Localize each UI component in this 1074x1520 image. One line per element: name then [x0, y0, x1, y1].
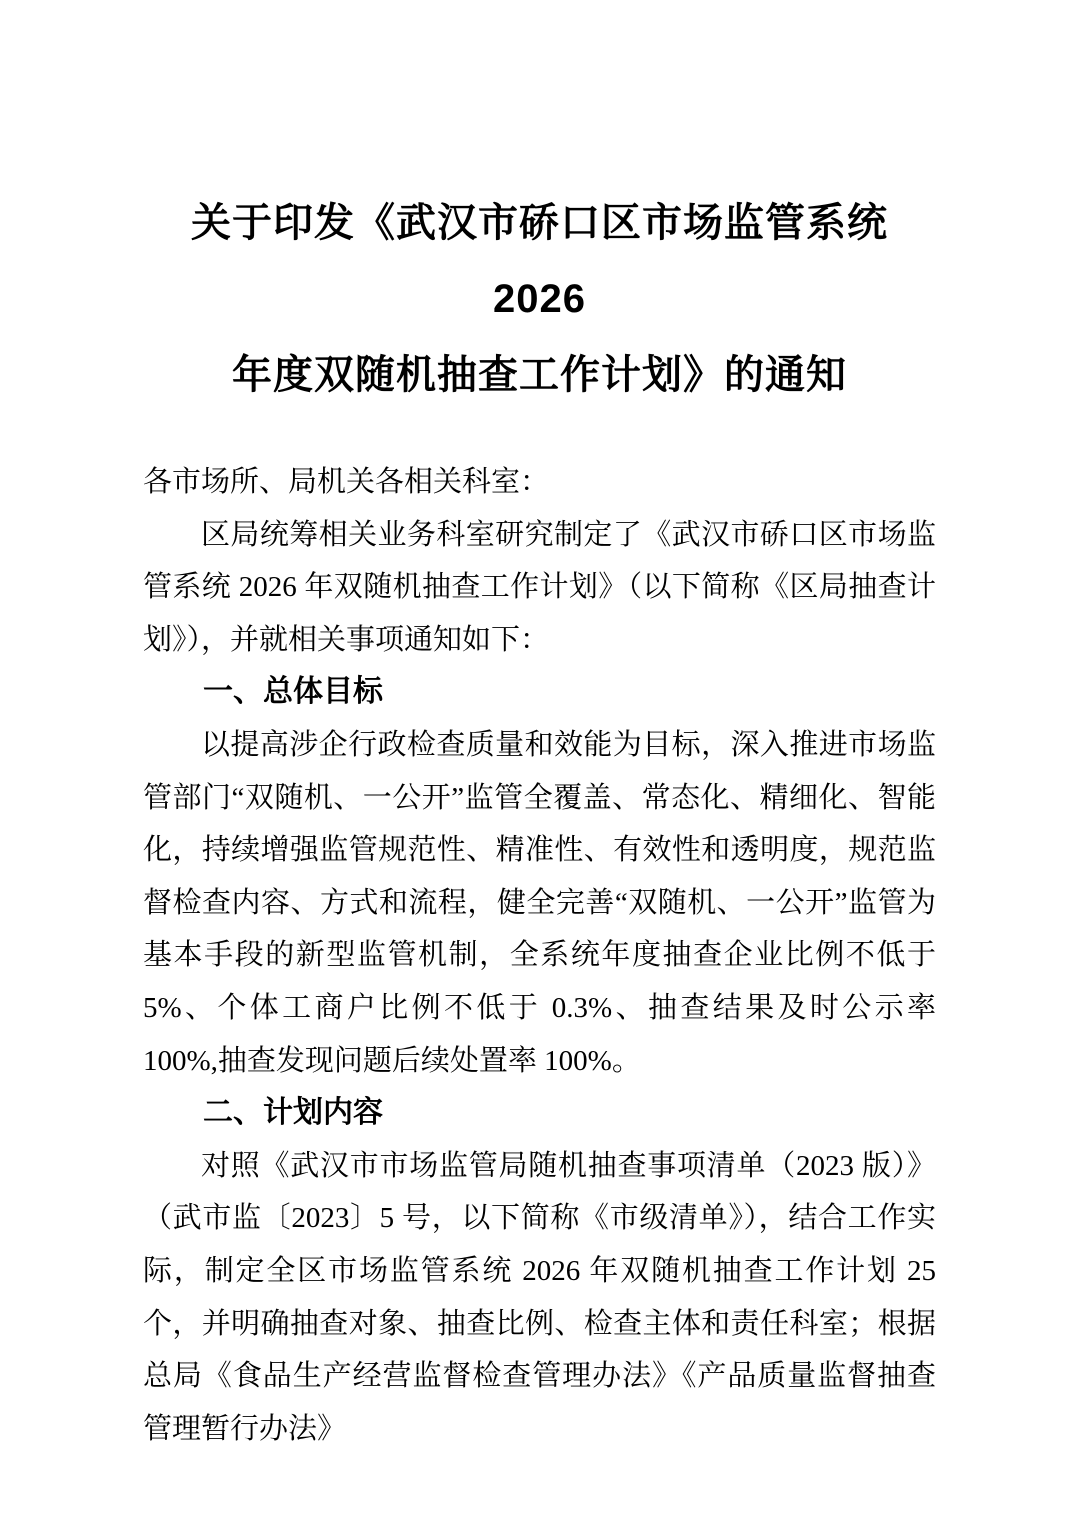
salutation-line: 各市场所、局机关各相关科室：: [143, 456, 936, 509]
document-title: 关于印发《武汉市硚口区市场监管系统 2026 年度双随机抽查工作计划》的通知: [143, 185, 936, 413]
intro-paragraph: 区局统筹相关业务科室研究制定了《武汉市硚口区市场监管系统 2026 年双随机抽查…: [143, 509, 936, 667]
overall-goal-paragraph: 以提高涉企行政检查质量和效能为目标，深入推进市场监管部门“双随机、一公开”监管全…: [143, 719, 936, 1087]
section-heading-1: 一、总体目标: [143, 666, 936, 719]
document-title-line-1: 关于印发《武汉市硚口区市场监管系统 2026: [143, 185, 936, 337]
document-title-line-2: 年度双随机抽查工作计划》的通知: [143, 337, 936, 413]
plan-content-paragraph: 对照《武汉市市场监管局随机抽查事项清单（2023 版）》（武市监〔2023〕5 …: [143, 1140, 936, 1456]
document-page: 关于印发《武汉市硚口区市场监管系统 2026 年度双随机抽查工作计划》的通知 各…: [0, 0, 1074, 1520]
document-body: 各市场所、局机关各相关科室： 区局统筹相关业务科室研究制定了《武汉市硚口区市场监…: [143, 456, 936, 1455]
section-heading-2: 二、计划内容: [143, 1087, 936, 1140]
